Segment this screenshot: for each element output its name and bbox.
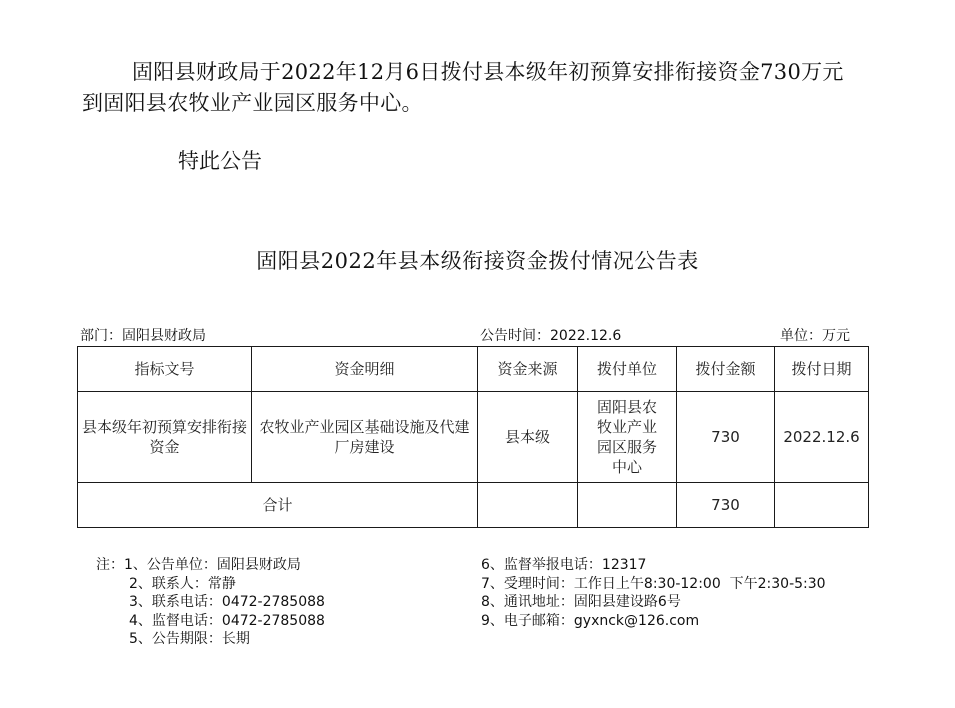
notice-paragraph: 固阳县财政局于2022年12月6日拨付县本级年初预算安排衔接资金730万元到固阳… bbox=[82, 57, 862, 119]
notes-right: 6、监督举报电话：12317 7、受理时间：工作日上午8:30-12:00 下午… bbox=[481, 556, 826, 630]
table-total-row: 合计 730 bbox=[78, 483, 869, 528]
total-label: 合计 bbox=[78, 483, 478, 528]
total-fund-source bbox=[478, 483, 578, 528]
note-item: 3、联系电话：0472-2785088 bbox=[96, 593, 325, 612]
note-item: 4、监督电话：0472-2785088 bbox=[96, 612, 325, 631]
announce-date-label: 公告时间：2022.12.6 bbox=[480, 327, 621, 345]
cell-date: 2022.12.6 bbox=[775, 392, 869, 483]
header-index-doc: 指标文号 bbox=[78, 347, 252, 392]
header-recipient: 拨付单位 bbox=[578, 347, 677, 392]
total-date bbox=[775, 483, 869, 528]
header-fund-detail: 资金明细 bbox=[252, 347, 478, 392]
header-date: 拨付日期 bbox=[775, 347, 869, 392]
total-amount: 730 bbox=[677, 483, 775, 528]
note-item: 2、联系人：常静 bbox=[96, 575, 325, 594]
table-title: 固阳县2022年县本级衔接资金拨付情况公告表 bbox=[0, 246, 955, 276]
note-item: 7、受理时间：工作日上午8:30-12:00 下午2:30-5:30 bbox=[481, 575, 826, 594]
header-amount: 拨付金额 bbox=[677, 347, 775, 392]
table-row: 县本级年初预算安排衔接资金 农牧业产业园区基础设施及代建厂房建设 县本级 固阳县… bbox=[78, 392, 869, 483]
table-header-row: 指标文号 资金明细 资金来源 拨付单位 拨付金额 拨付日期 bbox=[78, 347, 869, 392]
notice-closing: 特此公告 bbox=[178, 146, 262, 176]
note-item: 注：1、公告单位：固阳县财政局 bbox=[96, 556, 325, 575]
cell-amount: 730 bbox=[677, 392, 775, 483]
cell-fund-source: 县本级 bbox=[478, 392, 578, 483]
cell-fund-detail: 农牧业产业园区基础设施及代建厂房建设 bbox=[252, 392, 478, 483]
department-label: 部门：固阳县财政局 bbox=[80, 327, 206, 345]
note-item: 5、公告期限：长期 bbox=[96, 630, 325, 649]
total-recipient bbox=[578, 483, 677, 528]
notes-left: 注：1、公告单位：固阳县财政局 2、联系人：常静 3、联系电话：0472-278… bbox=[96, 556, 325, 649]
unit-label: 单位：万元 bbox=[780, 327, 850, 345]
header-fund-source: 资金来源 bbox=[478, 347, 578, 392]
disbursement-table: 指标文号 资金明细 资金来源 拨付单位 拨付金额 拨付日期 县本级年初预算安排衔… bbox=[77, 346, 869, 528]
note-item: 9、电子邮箱：gyxnck@126.com bbox=[481, 612, 826, 631]
note-item: 6、监督举报电话：12317 bbox=[481, 556, 826, 575]
cell-index-doc: 县本级年初预算安排衔接资金 bbox=[78, 392, 252, 483]
note-item: 8、通讯地址：固阳县建设路6号 bbox=[481, 593, 826, 612]
cell-recipient: 固阳县农牧业产业园区服务中心 bbox=[578, 392, 677, 483]
